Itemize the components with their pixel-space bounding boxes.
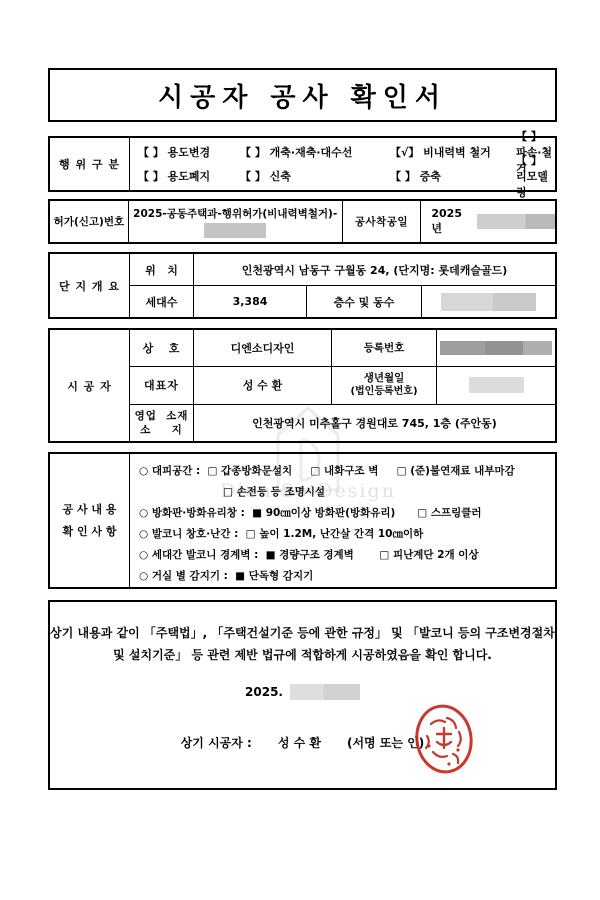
redaction-box bbox=[469, 377, 524, 393]
redaction-box bbox=[440, 341, 552, 355]
checklist-balcony-railing: ○ 발코니 창호·난간 : □ 높이 1.2M, 난간살 간격 10㎝이하 bbox=[139, 524, 555, 545]
registration-number-label: 등록번호 bbox=[332, 330, 437, 366]
office-location-value: 인천광역시 미추홀구 경원대로 745, 1층 (주안동) bbox=[194, 405, 555, 441]
complex-overview-label: 단 지 개 요 bbox=[50, 254, 130, 317]
representative-name: 성 수 환 bbox=[194, 367, 332, 403]
redaction-box bbox=[441, 293, 536, 311]
option-extension: 【 】 증축 bbox=[390, 168, 516, 184]
office-label-line1: 영업소 bbox=[130, 409, 162, 437]
construction-start-label: 공사착공일 bbox=[343, 201, 422, 242]
checklist-evacuation-space: ○ 대피공간 : □ 갑종방화문설치 □ 내화구조 벽 □ (준)불연재료 내부… bbox=[139, 461, 555, 482]
construction-start-value-cell: 2025년 bbox=[421, 201, 555, 242]
option-remodeling: 【 】 리모델링 bbox=[516, 152, 555, 200]
households-value: 3,384 bbox=[194, 286, 307, 317]
work-confirmation-section: 공 사 내 용 확 인 사 항 ○ 대피공간 : □ 갑종방화문설치 □ 내화구… bbox=[48, 452, 557, 589]
birthdate-label-line1: 생년월일 bbox=[364, 371, 405, 385]
option-rebuild: 【 】 개축·재축·대수선 bbox=[240, 144, 390, 160]
action-type-section: 행 위 구 분 【 】 용도변경 【 】 개축·재축·대수선 【√】 비내력벽 … bbox=[48, 136, 557, 192]
work-label-line2: 확 인 사 항 bbox=[63, 521, 117, 543]
work-label-line1: 공 사 내 용 bbox=[63, 499, 117, 521]
option-new-construction: 【 】 신축 bbox=[240, 168, 390, 184]
location-value: 인천광역시 남동구 구월동 24, (단지명: 롯데캐슬골드) bbox=[194, 254, 555, 285]
signer-name: 성 수 환 bbox=[278, 734, 321, 751]
option-use-change: 【 】 용도변경 bbox=[138, 144, 240, 160]
company-name-label: 상 호 bbox=[130, 330, 194, 366]
action-type-label: 행 위 구 분 bbox=[50, 138, 130, 190]
complex-overview-content: 위 치 인천광역시 남동구 구월동 24, (단지명: 롯데캐슬골드) 세대수 … bbox=[130, 254, 555, 317]
office-label-line2: 소재지 bbox=[162, 409, 194, 437]
company-seal-icon bbox=[413, 702, 475, 776]
floors-buildings-label: 층수 및 동수 bbox=[307, 286, 422, 317]
action-options: 【 】 용도변경 【 】 개축·재축·대수선 【√】 비내력벽 철거 【 】 파… bbox=[130, 138, 555, 190]
location-row: 위 치 인천광역시 남동구 구월동 24, (단지명: 롯데캐슬골드) bbox=[130, 254, 555, 286]
permit-number-value-cell: 2025-공동주택과-행위허가(비내력벽철거)- bbox=[129, 201, 343, 242]
title-box: 시공자 공사 확인서 bbox=[48, 68, 557, 122]
option-nonbearing-wall-demolition-checked: 【√】 비내력벽 철거 bbox=[390, 144, 516, 160]
checklist-lighting: □ 손전등 등 조명시설 bbox=[139, 482, 555, 503]
representative-row: 대표자 성 수 환 생년월일 (법인등록번호) bbox=[130, 367, 555, 404]
birthdate-value-cell bbox=[437, 367, 555, 403]
option-use-abolition: 【 】 용도폐지 bbox=[138, 168, 240, 184]
floors-buildings-value-cell bbox=[422, 286, 555, 317]
office-location-label: 영업소 소재지 bbox=[130, 405, 194, 441]
signature-row: 상기 시공자 : 성 수 환 (서명 또는 인) bbox=[50, 734, 555, 751]
date-text: 2025. bbox=[245, 685, 283, 699]
location-label: 위 치 bbox=[130, 254, 194, 285]
work-checklist: ○ 대피공간 : □ 갑종방화문설치 □ 내화구조 벽 □ (준)불연재료 내부… bbox=[130, 454, 555, 587]
page-title: 시공자 공사 확인서 bbox=[158, 77, 447, 114]
action-options-row: 【 】 용도폐지 【 】 신축 【 】 증축 【 】 리모델링 bbox=[138, 164, 555, 188]
construction-start-year: 2025년 bbox=[431, 207, 469, 236]
permit-number-value: 2025-공동주택과-행위허가(비내력벽철거)- bbox=[133, 206, 337, 221]
contractor-section: 시 공 자 상 호 디엔소디자인 등록번호 대표자 성 수 환 생년월일 (법인… bbox=[48, 328, 557, 443]
checklist-detector: ○ 거실 별 감지기 : ■ 단독형 감지기 bbox=[139, 566, 555, 587]
households-label: 세대수 bbox=[130, 286, 194, 317]
households-row: 세대수 3,384 층수 및 동수 bbox=[130, 286, 555, 317]
complex-overview-section: 단 지 개 요 위 치 인천광역시 남동구 구월동 24, (단지명: 롯데캐슬… bbox=[48, 252, 557, 319]
redaction-box bbox=[290, 684, 360, 700]
permit-section: 허가(신고)번호 2025-공동주택과-행위허가(비내력벽철거)- 공사착공일 … bbox=[48, 199, 557, 244]
redaction-box bbox=[477, 214, 555, 229]
work-confirmation-label: 공 사 내 용 확 인 사 항 bbox=[50, 454, 130, 587]
contractor-content: 상 호 디엔소디자인 등록번호 대표자 성 수 환 생년월일 (법인등록번호) bbox=[130, 330, 555, 441]
birthdate-label-line2: (법인등록번호) bbox=[350, 385, 417, 399]
company-row: 상 호 디엔소디자인 등록번호 bbox=[130, 330, 555, 367]
signer-label: 상기 시공자 : bbox=[181, 734, 252, 751]
statement-line1: 상기 내용과 같이 「주택법」, 「주택건설기준 등에 관한 규정」 및 「발코… bbox=[50, 622, 555, 644]
registration-number-value-cell bbox=[437, 330, 555, 366]
confirmation-statement: 상기 내용과 같이 「주택법」, 「주택건설기준 등에 관한 규정」 및 「발코… bbox=[50, 622, 555, 666]
document-page: Dien So Design interior furniture 시공자 공사… bbox=[0, 0, 600, 900]
statement-line2: 및 설치기준」 등 관련 제반 법규에 적합하게 시공하였음을 확인 합니다. bbox=[50, 644, 555, 666]
date-row: 2025. bbox=[50, 684, 555, 700]
birthdate-label: 생년월일 (법인등록번호) bbox=[332, 367, 437, 403]
checklist-fireproof-panel: ○ 방화판·방화유리창 : ■ 90㎝이상 방화판(방화유리) □ 스프링클러 bbox=[139, 503, 555, 524]
checklist-boundary-wall: ○ 세대간 발코니 경계벽 : ■ 경량구조 경계벽 □ 피난계단 2개 이상 bbox=[139, 545, 555, 566]
action-options-row: 【 】 용도변경 【 】 개축·재축·대수선 【√】 비내력벽 철거 【 】 파… bbox=[138, 140, 555, 164]
office-row: 영업소 소재지 인천광역시 미추홀구 경원대로 745, 1층 (주안동) bbox=[130, 405, 555, 441]
contractor-label: 시 공 자 bbox=[50, 330, 130, 441]
representative-label: 대표자 bbox=[130, 367, 194, 403]
redaction-box bbox=[204, 223, 266, 238]
confirmation-statement-section: 상기 내용과 같이 「주택법」, 「주택건설기준 등에 관한 규정」 및 「발코… bbox=[48, 600, 557, 790]
permit-number-label: 허가(신고)번호 bbox=[50, 201, 129, 242]
company-name-value: 디엔소디자인 bbox=[194, 330, 332, 366]
